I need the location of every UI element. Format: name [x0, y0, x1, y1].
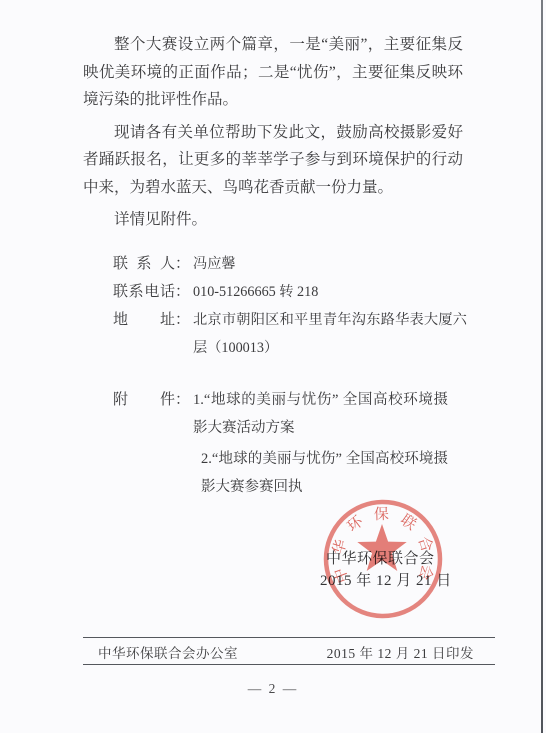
contact-phone-value: 010-51266665 转 218	[193, 278, 467, 306]
attachment-list: 1.“地球的美丽与忧伤” 全国高校环境摄影大赛活动方案 2.“地球的美丽与忧伤”…	[193, 386, 467, 501]
contact-address-value: 北京市朝阳区和平里青年沟东路华表大厦六层（100013）	[193, 306, 467, 362]
contact-person-label: 联系人	[113, 250, 175, 278]
colon: ：	[175, 386, 191, 414]
attachment-row: 附件： 1.“地球的美丽与忧伤” 全国高校环境摄影大赛活动方案 2.“地球的美丽…	[113, 386, 467, 501]
page-number: — 2 —	[0, 681, 546, 697]
scan-edge-line	[541, 0, 543, 733]
footer-divider-top	[83, 637, 495, 638]
signature-organization: 中华环保联合会	[320, 548, 452, 570]
document-page: 整个大赛设立两个篇章，一是“美丽”，主要征集反映优美环境的正面作品；二是“忧伤”…	[0, 0, 546, 733]
contact-address-label: 地址	[113, 306, 175, 334]
contact-info: 联系人： 冯应馨 联系电话： 010-51266665 转 218 地址： 北京…	[113, 250, 467, 362]
signature-block: 中华环保联合会 2015 年 12 月 21 日	[320, 548, 452, 592]
letter-body: 整个大赛设立两个篇章，一是“美丽”，主要征集反映优美环境的正面作品；二是“忧伤”…	[83, 31, 463, 234]
attachment-label: 附件	[113, 386, 175, 414]
attachment-item-2: 2.“地球的美丽与忧伤” 全国高校环境摄影大赛参赛回执	[201, 445, 448, 501]
footer-issue-date: 2015 年 12 月 21 日印发	[327, 642, 495, 662]
colon: ：	[175, 306, 191, 334]
contact-phone-label: 联系电话	[113, 278, 175, 306]
paragraph-contest-chapters: 整个大赛设立两个篇章，一是“美丽”，主要征集反映优美环境的正面作品；二是“忧伤”…	[83, 31, 463, 114]
colon: ：	[175, 278, 191, 306]
footer-office-name: 中华环保联合会办公室	[83, 642, 238, 662]
attachment-item-1: 1.“地球的美丽与忧伤” 全国高校环境摄影大赛活动方案	[193, 386, 448, 442]
contact-address-row: 地址： 北京市朝阳区和平里青年沟东路华表大厦六层（100013）	[113, 306, 467, 362]
contact-person-value: 冯应馨	[193, 250, 467, 278]
colon: ：	[175, 250, 191, 278]
signature-date: 2015 年 12 月 21 日	[320, 570, 452, 592]
paragraph-see-attachment: 详情见附件。	[83, 206, 463, 234]
paragraph-call-to-action: 现请各有关单位帮助下发此文，鼓励高校摄影爱好者踊跃报名，让更多的莘莘学子参与到环…	[83, 119, 463, 202]
contact-phone-row: 联系电话： 010-51266665 转 218	[113, 278, 467, 306]
contact-person-row: 联系人： 冯应馨	[113, 250, 467, 278]
footer-divider-bottom	[83, 664, 495, 665]
footer-imprint: 中华环保联合会办公室 2015 年 12 月 21 日印发	[83, 640, 495, 664]
attachment-section: 附件： 1.“地球的美丽与忧伤” 全国高校环境摄影大赛活动方案 2.“地球的美丽…	[113, 386, 467, 501]
